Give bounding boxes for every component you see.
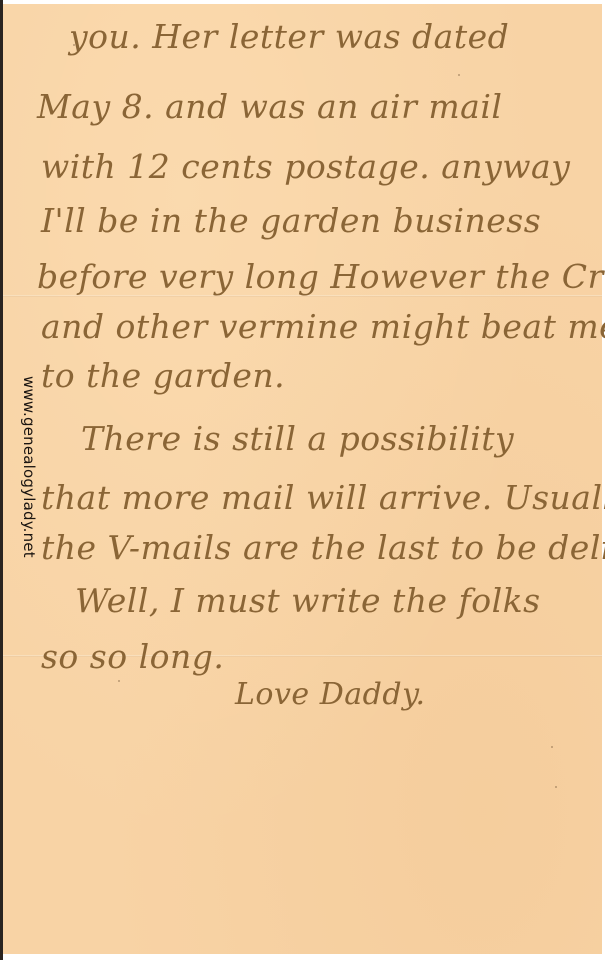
letter-line-4: I'll be in the garden business: [41, 204, 541, 237]
letter-line-9: that more mail will arrive. Usually: [41, 481, 605, 514]
letter-line-6: and other vermine might beat me: [41, 310, 605, 343]
letter-line-2: May 8. and was an air mail: [37, 90, 502, 123]
paper-speck: [551, 746, 553, 748]
paper-speck: [458, 74, 460, 76]
letter-line-1: you. Her letter was dated: [69, 20, 509, 53]
letter-line-10: the V-mails are the last to be delivered: [41, 531, 605, 564]
paper-speck: [555, 786, 557, 788]
letter-line-3: with 12 cents postage. anyway: [41, 150, 570, 183]
scan-frame: you. Her letter was dated May 8. and was…: [0, 0, 605, 960]
letter-line-8: There is still a possibility: [81, 422, 514, 455]
letter-page: you. Her letter was dated May 8. and was…: [3, 4, 602, 954]
letter-line-11: Well, I must write the folks: [75, 584, 541, 617]
watermark: www.genealogylady.net: [8, 376, 38, 576]
paper-speck: [118, 680, 120, 682]
letter-line-12: so so long.: [41, 640, 224, 673]
letter-line-5: before very long However the Crobs: [37, 260, 605, 293]
signature: Love Daddy.: [235, 680, 426, 710]
letter-line-7: to the garden.: [41, 359, 285, 392]
